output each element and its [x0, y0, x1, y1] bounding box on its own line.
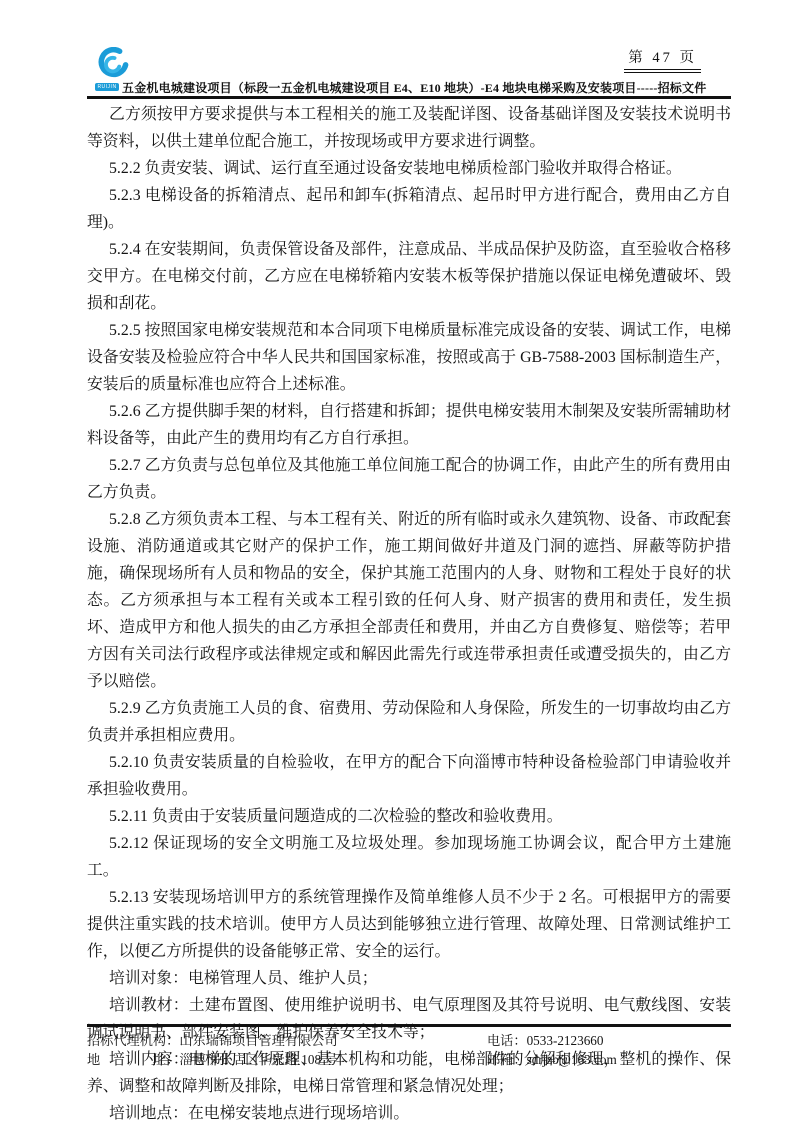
- document-footer: 招标代理机构：山东瑞锦项目管理有限公司 电话：0533-2123660 地 址：…: [87, 1024, 731, 1069]
- clause-5-2-10: 5.2.10 负责安装质量的自检验收，在甲方的配合下向淄博市特种设备检验部门申请…: [87, 749, 731, 803]
- logo-badge: RUIJIN: [95, 83, 119, 91]
- document-header-title: 五金机电城建设项目（标段一五金机电城建设项目 E4、E10 地块）-E4 地块电…: [122, 79, 702, 96]
- clause-5-2-4: 5.2.4 在安装期间，负责保管设备及部件，注意成品、半成品保护及防盗，直至验收…: [87, 236, 731, 317]
- footer-phone: 电话：0533-2123660: [487, 1031, 731, 1050]
- clause-5-2-11: 5.2.11 负责由于安装质量问题造成的二次检验的整改和验收费用。: [87, 803, 731, 830]
- footer-row-1: 招标代理机构：山东瑞锦项目管理有限公司 电话：0533-2123660: [87, 1031, 731, 1050]
- footer-agency: 招标代理机构：山东瑞锦项目管理有限公司: [87, 1031, 487, 1050]
- training-location: 培训地点：在电梯安装地点进行现场培训。: [87, 1100, 731, 1122]
- footer-address-value: 淄博市张店区华光路 108 号: [179, 1052, 337, 1067]
- header-rule: [87, 96, 731, 99]
- page-number: 第 47 页: [624, 46, 701, 73]
- clause-5-2-7: 5.2.7 乙方负责与总包单位及其他施工单位间施工配合的协调工作，由此产生的所有…: [87, 452, 731, 506]
- footer-phone-value: 0533-2123660: [527, 1033, 604, 1048]
- clause-5-2-9: 5.2.9 乙方负责施工人员的食、宿费用、劳动保险和人身保险，所发生的一切事故均…: [87, 695, 731, 749]
- company-logo-swirl-icon: [95, 47, 129, 81]
- document-body: 乙方须按甲方要求提供与本工程相关的施工及装配详图、设备基础详图及安装技术说明书等…: [87, 101, 731, 1122]
- training-audience: 培训对象：电梯管理人员、维护人员；: [87, 965, 731, 992]
- footer-email-value: sdrjzb@163.com: [527, 1052, 617, 1067]
- clause-5-2-2: 5.2.2 负责安装、调试、运行直至通过设备安装地电梯质检部门验收并取得合格证。: [87, 155, 731, 182]
- document-page: RUIJIN 五金机电城建设项目（标段一五金机电城建设项目 E4、E10 地块）…: [0, 0, 793, 1122]
- clause-5-2-8: 5.2.8 乙方须负责本工程、与本工程有关、附近的所有临时或永久建筑物、设备、市…: [87, 506, 731, 695]
- footer-agency-label: 招标代理机构：: [87, 1033, 179, 1048]
- footer-address-label: 地 址：: [87, 1052, 179, 1067]
- clause-5-2-12: 5.2.12 保证现场的安全文明施工及垃圾处理。参加现场施工协调会议，配合甲方土…: [87, 830, 731, 884]
- footer-email: 邮箱：sdrjzb@163.com: [487, 1050, 731, 1069]
- footer-address: 地 址：淄博市张店区华光路 108 号: [87, 1050, 487, 1069]
- clause-5-2-5: 5.2.5 按照国家电梯安装规范和本合同项下电梯质量标准完成设备的安装、调试工作…: [87, 317, 731, 398]
- clause-5-2-13: 5.2.13 安装现场培训甲方的系统管理操作及简单维修人员不少于 2 名。可根据…: [87, 884, 731, 965]
- footer-email-label: 邮箱：: [487, 1052, 527, 1067]
- clause-5-2-3: 5.2.3 电梯设备的拆箱清点、起吊和卸车(拆箱清点、起吊时甲方进行配合，费用由…: [87, 182, 731, 236]
- clause-5-2-6: 5.2.6 乙方提供脚手架的材料，自行搭建和拆卸；提供电梯安装用木制架及安装所需…: [87, 398, 731, 452]
- footer-phone-label: 电话：: [487, 1033, 527, 1048]
- paragraph-intro: 乙方须按甲方要求提供与本工程相关的施工及装配详图、设备基础详图及安装技术说明书等…: [87, 101, 731, 155]
- footer-row-2: 地 址：淄博市张店区华光路 108 号 邮箱：sdrjzb@163.com: [87, 1050, 731, 1069]
- footer-agency-value: 山东瑞锦项目管理有限公司: [179, 1033, 337, 1048]
